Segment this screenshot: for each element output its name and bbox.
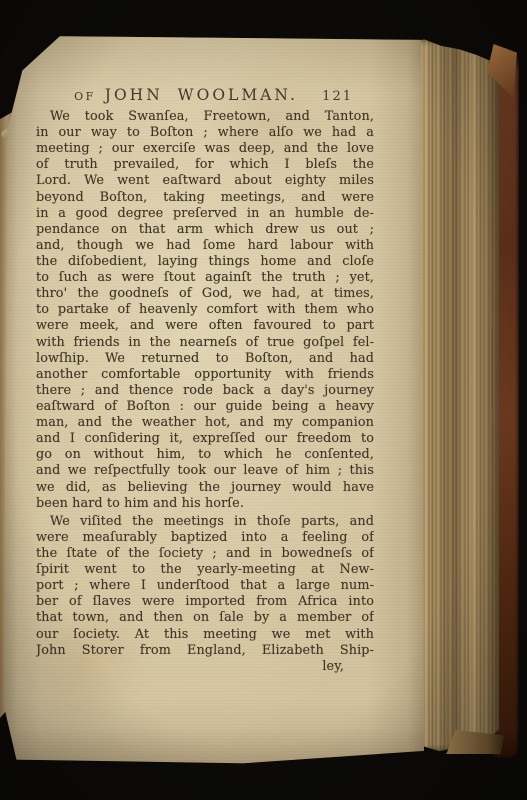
text-line: the diſobedient, laying things home and … (36, 254, 374, 270)
page-body-text: We took Swanſea, Freetown, and Tanton, i… (36, 109, 374, 675)
text-line: and we reſpectfully took our leave of hi… (36, 463, 374, 479)
text-line: lowſhip. We returned to Boſton, and had (36, 351, 374, 367)
text-line: our ſociety. At this meeting we met with (36, 627, 374, 643)
text-line: port ; where I underſtood that a large n… (36, 578, 374, 594)
text-line: We viſited the meetings in thoſe parts, … (36, 514, 374, 530)
text-line: the ſtate of the ſociety ; and in bowedn… (36, 546, 374, 562)
catchword: ley, (36, 659, 374, 675)
running-header: OFJOHN WOOLMAN. 121 (36, 85, 374, 107)
text-line: to partake of heavenly comfort with them… (36, 302, 374, 318)
header-prefix: OF (74, 90, 96, 103)
paragraph: We viſited the meetings in thoſe parts, … (36, 514, 374, 659)
text-line: meeting ; our exerciſe was deep, and the… (36, 141, 374, 157)
text-line: to ſuch as were ſtout againſt the truth … (36, 270, 374, 286)
text-line: in our way to Boſton ; where alſo we had… (36, 125, 374, 141)
text-line: were meek, and were often favoured to pa… (36, 318, 374, 334)
running-header-title: OFJOHN WOOLMAN. (36, 85, 336, 104)
text-line: with friends in the nearneſs of true goſ… (36, 335, 374, 351)
text-line: ber of ſlaves were imported from Africa … (36, 594, 374, 610)
text-line: beyond Boſton, taking meetings, and were (36, 190, 374, 206)
text-line: we did, as believing the journey would h… (36, 480, 374, 496)
text-line: ſpirit went to the yearly-meeting at New… (36, 562, 374, 578)
book-page: OFJOHN WOOLMAN. 121 We took Swanſea, Fre… (3, 34, 424, 764)
text-line: Lord. We went eaſtward about eighty mile… (36, 173, 374, 189)
text-line: there ; and thence rode back a day's jou… (36, 383, 374, 399)
text-line: go on without him, to which he conſented… (36, 447, 374, 463)
text-line: in a good degree preſerved in an humble … (36, 206, 374, 222)
text-line: John Storer from England, Elizabeth Ship… (36, 643, 374, 659)
fore-edge-page-stack (414, 38, 499, 754)
text-line: been hard to him and his horſe. (36, 496, 374, 512)
text-line: of truth prevailed, for which I bleſs th… (36, 157, 374, 173)
book-scan-photo: OFJOHN WOOLMAN. 121 We took Swanſea, Fre… (0, 0, 527, 800)
text-line: pendance on that arm which drew us out ; (36, 222, 374, 238)
paragraph: We took Swanſea, Freetown, and Tanton, i… (36, 109, 374, 512)
text-line: and, though we had ſome hard labour with (36, 238, 374, 254)
text-line: thro' the goodneſs of God, we had, at ti… (36, 286, 374, 302)
text-line: We took Swanſea, Freetown, and Tanton, (36, 109, 374, 125)
header-book-title: JOHN WOOLMAN. (105, 86, 298, 104)
page-number: 121 (322, 89, 353, 104)
text-line: eaſtward of Boſton : our guide being a h… (36, 399, 374, 415)
text-line: were meaſurably baptized into a feeling … (36, 530, 374, 546)
text-line: another comfortable opportunity with fri… (36, 367, 374, 383)
text-line: and I conſidering it, expreſſed our free… (36, 431, 374, 447)
text-line: man, and the weather hot, and my compani… (36, 415, 374, 431)
text-line: that town, and then on ſale by a member … (36, 610, 374, 626)
